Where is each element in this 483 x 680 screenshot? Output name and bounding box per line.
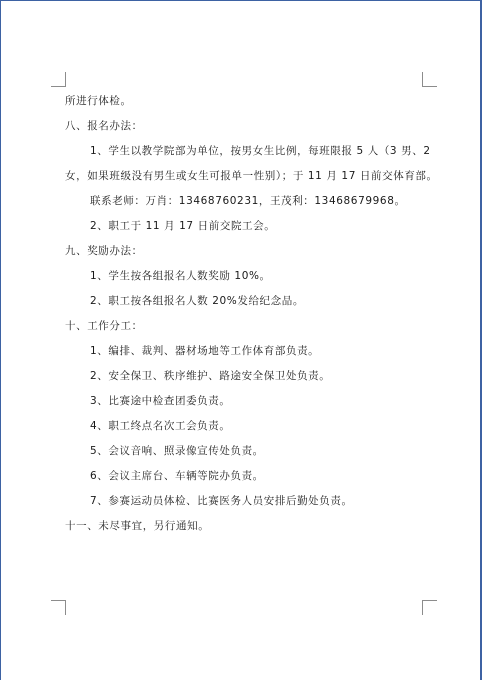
contact-line: 联系老师：万肖：13468760231，王茂利：13468679968。 — [65, 191, 425, 216]
paragraph-line: 1、学生以教学院部为单位，按男女生比例，每班限报 5 人（3 男、2 — [65, 141, 425, 166]
margin-corner-mark-bottom-left — [51, 600, 66, 615]
section-heading-other-matters: 十一、未尽事宜，另行通知。 — [65, 516, 425, 541]
paragraph-line: 6、会议主席台、车辆等院办负责。 — [65, 466, 425, 491]
paragraph-line: 1、学生按各组报名人数奖励 10%。 — [65, 266, 425, 291]
paragraph-line: 2、安全保卫、秩序维护、路途安全保卫处负责。 — [65, 366, 425, 391]
paragraph-line: 2、职工于 11 月 17 日前交院工会。 — [65, 216, 425, 241]
paragraph-line: 4、职工终点名次工会负责。 — [65, 416, 425, 441]
margin-corner-mark-bottom-right — [422, 600, 437, 615]
section-heading-registration: 八、报名办法： — [65, 116, 425, 141]
document-body[interactable]: 所进行体检。 八、报名办法： 1、学生以教学院部为单位，按男女生比例，每班限报 … — [65, 91, 425, 541]
paragraph-line: 女，如果班级没有男生或女生可报单一性别）；于 11 月 17 日前交体育部。 — [65, 166, 425, 191]
paragraph-line: 5、会议音响、照录像宣传处负责。 — [65, 441, 425, 466]
paragraph-line: 1、编排、裁判、器材场地等工作体育部负责。 — [65, 341, 425, 366]
paragraph-line: 3、比赛途中检查团委负责。 — [65, 391, 425, 416]
paragraph-line: 所进行体检。 — [65, 91, 425, 116]
margin-corner-mark-top-right — [422, 72, 437, 87]
paragraph-line: 2、职工按各组报名人数 20%发给纪念品。 — [65, 291, 425, 316]
section-heading-rewards: 九、奖励办法： — [65, 241, 425, 266]
paragraph-line: 7、参赛运动员体检、比赛医务人员安排后勤处负责。 — [65, 491, 425, 516]
margin-corner-mark-top-left — [51, 72, 66, 87]
section-heading-division-of-work: 十、工作分工： — [65, 316, 425, 341]
document-page[interactable]: 所进行体检。 八、报名办法： 1、学生以教学院部为单位，按男女生比例，每班限报 … — [0, 0, 482, 679]
